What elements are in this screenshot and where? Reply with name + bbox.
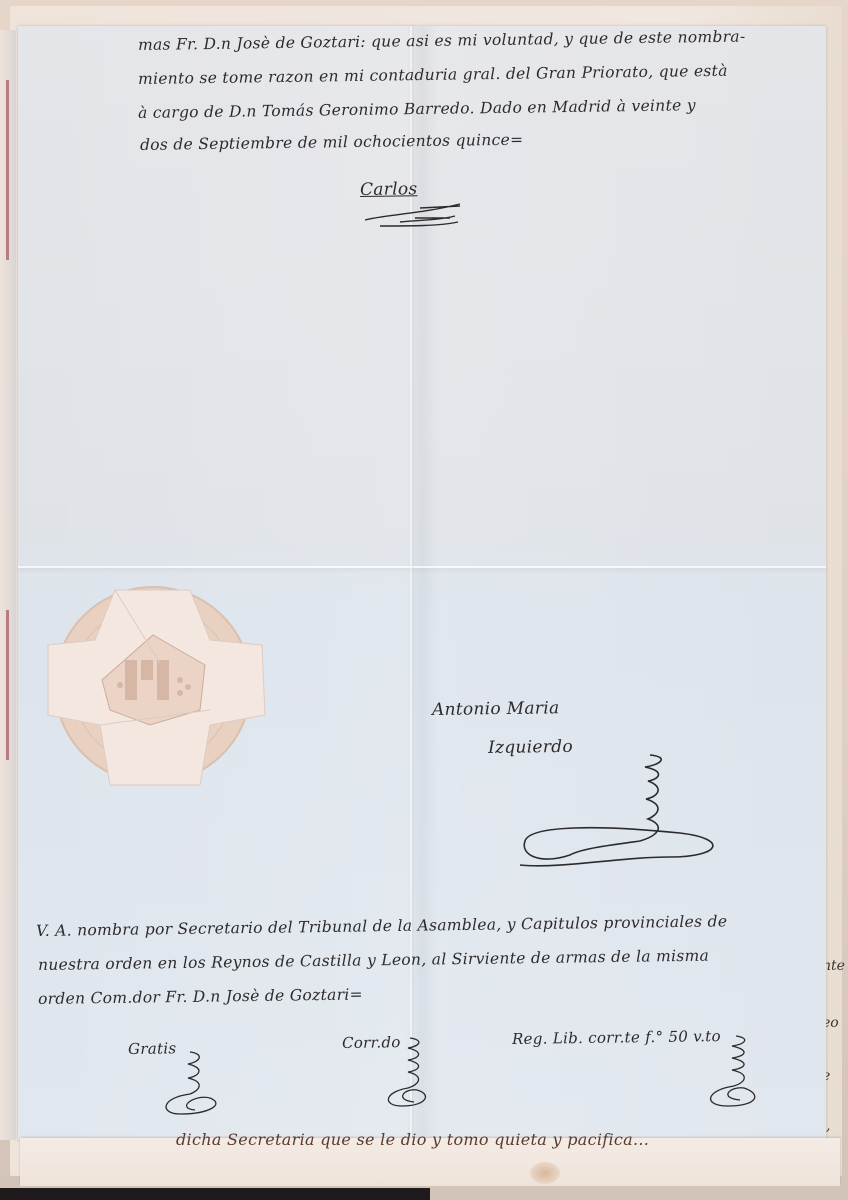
embossed-paper-seal — [40, 585, 266, 790]
left-page-edge — [0, 30, 16, 1140]
dark-surface-edge — [0, 1188, 430, 1200]
underlying-page-text-line: dicha Secretaria que se le dio y tomo qu… — [176, 1130, 649, 1149]
registry-rubric — [692, 1030, 772, 1110]
royal-rubric-flourish — [360, 196, 470, 230]
registry-note-reg-lib: Reg. Lib. corr.te f.° 50 v.to — [512, 1027, 721, 1048]
document-page — [18, 26, 826, 1140]
red-page-edge-mark — [6, 80, 9, 260]
corregido-rubric — [372, 1034, 442, 1114]
water-stain — [530, 1162, 560, 1184]
secretary-signature-line-1: Antonio Maria — [432, 698, 560, 720]
margin-fragment: , — [826, 1118, 830, 1134]
red-page-edge-mark — [6, 610, 9, 760]
secretary-rubric-flourish — [500, 745, 730, 875]
horizontal-fold-line — [18, 566, 826, 568]
gratis-rubric — [150, 1048, 230, 1120]
